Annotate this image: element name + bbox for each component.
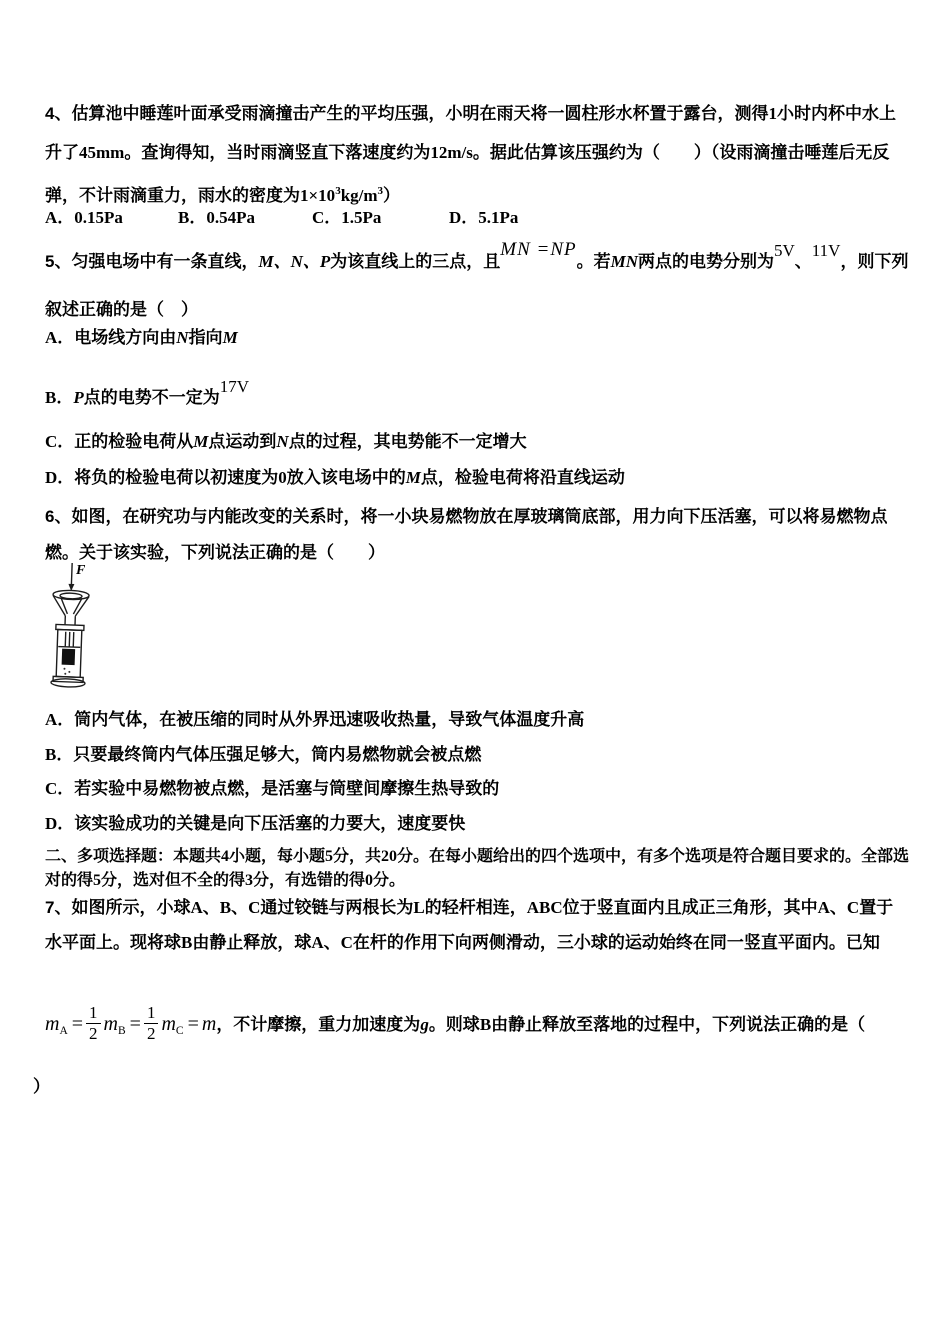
q7-text: 。则球 (429, 1015, 480, 1034)
q7-text: 在杆的作用下向两侧滑动，三小球的运动始终在同一竖直平面内。已知 (353, 933, 880, 952)
q6-option-b: B．只要最终筒内气体压强足够大，筒内易燃物就会被点燃 (45, 741, 910, 769)
q5-option-d: D．将负的检验电荷以初速度为0放入该电场中的M点，检验电荷将沿直线运动 (45, 463, 910, 493)
q7-text: 位于竖直面内且成正三角形，其中 (563, 898, 818, 917)
q5-option-b: B．P点的电势不一定为17V (45, 383, 910, 413)
fraction-denominator: 2 (147, 1024, 156, 1043)
fml-m: m (45, 1013, 59, 1035)
q6-option-c: C．若实验中易燃物被点燃，是活塞与筒壁间摩擦生热导致的 (45, 775, 910, 803)
q4-density-unit: kg/m (341, 186, 378, 205)
q4-number-45mm: 45mm (79, 143, 124, 162)
sec2-points-each: 5 (325, 848, 333, 865)
fml-m: m (161, 1013, 175, 1035)
q7-text: 由静止释放，球 (192, 933, 311, 952)
fraction-denominator: 2 (89, 1024, 98, 1043)
q4-text: 。查询得知，当时雨滴竖直下落速度约为 (124, 143, 430, 162)
q5-option-d-text: 将负的检验电荷以初速度为 (74, 468, 278, 487)
q5-text: 、 (795, 252, 812, 271)
piston (58, 647, 80, 648)
q7-balls-ac: A、C (818, 898, 860, 917)
exam-paper-page: 4、估算池中睡莲叶面承受雨滴撞击产生的平均压强，小明在雨天将一圆柱形水杯置于露台… (0, 0, 950, 1344)
fml-sub-b: B (118, 1025, 126, 1037)
q7-length-l: L (413, 898, 424, 917)
q4-option-a-label: A． (45, 208, 74, 227)
q7-text: 通过铰链与两根长为 (260, 898, 413, 917)
q6-option-d: D．该实验成功的关键是向下压活塞的力要大，速度要快 (45, 810, 910, 838)
fml-equals: = (130, 1013, 141, 1035)
q5-option-b-text: 点的电势不一定为 (84, 388, 220, 407)
q6-option-d-text: 该实验成功的关键是向下压活塞的力要大，速度要快 (74, 814, 465, 833)
q7-text: 由静止释放至落地的过程中，下列说法正确的是（ (491, 1015, 865, 1034)
q5-point-n: N (276, 432, 288, 451)
q5-text: 两点的电势分别为 (638, 252, 774, 271)
q4-option-d-label: D． (449, 208, 478, 227)
q4-option-c: C．1.5Pa (312, 204, 449, 232)
q7-tail-text: ，不计摩擦，重力加速度为g。则球B由静止释放至落地的过程中，下列说法正确的是（ (216, 1015, 865, 1034)
q6-option-b-text: 只要最终筒内气体压强足够大，筒内易燃物就会被点燃 (73, 745, 481, 764)
fraction-one-half: 12 (144, 1004, 159, 1043)
q5-point-p: P (73, 388, 83, 407)
q5-option-c-text: 正的检验电荷从 (74, 432, 193, 451)
fml-equals: = (188, 1013, 199, 1035)
question-4-text: 4、估算池中睡莲叶面承受雨滴撞击产生的平均压强，小明在雨天将一圆柱形水杯置于露台… (45, 94, 910, 215)
fire-syringe-illustration: F (36, 561, 108, 689)
fraction-one-half: 12 (86, 1004, 101, 1043)
q4-number-1: 1 (768, 104, 777, 123)
sec2-full-points: 5 (93, 872, 101, 889)
sec2-text: 分，共 (333, 848, 381, 865)
sec2-text: 小题，每小题 (229, 848, 325, 865)
question-6-text: 6、如图，在研究功与内能改变的关系时，将一小块易燃物放在厚玻璃筒底部，用力向下压… (45, 499, 910, 571)
q5-text: 5、匀强电场中有一条直线， (45, 252, 258, 271)
mass-relation-formula: mA=12mB=12mC=m (45, 1013, 216, 1035)
sec2-text: 二、多项选择题：本题共 (45, 848, 221, 865)
q7-gravity-g: g (420, 1015, 429, 1034)
q4-option-c-label: C． (312, 208, 341, 227)
q5-text: 。若 (577, 252, 611, 271)
q5-option-a: A．电场线方向由N指向M (45, 323, 910, 353)
sec2-text: 分，有选错的得 (253, 872, 365, 889)
question-5-text: 5、匀强电场中有一条直线，M、N、P为该直线上的三点，且MN =NP。若MN两点… (45, 238, 910, 334)
q4-option-a-value: 0.15Pa (74, 208, 123, 227)
sec2-text: 分，选对但不全的得 (101, 872, 245, 889)
q5-point-n: N (176, 328, 188, 347)
q5-option-c: C．正的检验电荷从M点运动到N点的过程，其电势能不一定增大 (45, 427, 910, 457)
fire-syringe-figure: F (36, 561, 108, 689)
q5-formula-mn-np: MN =NP (500, 239, 576, 260)
q7-closing-paren: ） (33, 1072, 898, 1102)
q5-point-m: M (193, 432, 208, 451)
q6-option-c-text: 若实验中易燃物被点燃，是活塞与筒壁间摩擦生热导致的 (74, 779, 499, 798)
q5-option-a-text: 指向 (189, 328, 223, 347)
q5-option-c-text: 点的过程，其电势能不一定增大 (289, 432, 527, 451)
q5-option-c-text: 点运动到 (208, 432, 276, 451)
force-arrow-shaft (71, 563, 72, 586)
question-7-text: 7、如图所示，小球A、B、C通过铰链与两根长为L的轻杆相连，ABC位于竖直面内且… (45, 890, 910, 960)
q5-option-c-label: C． (45, 432, 74, 451)
flammable-material (62, 649, 76, 665)
q6-option-c-label: C． (45, 779, 74, 798)
q5-text: 为该直线上的三点，且 (330, 252, 500, 271)
q4-option-b: B．0.54Pa (178, 204, 312, 232)
q5-voltage-17v: 17V (220, 377, 249, 396)
sec2-points-total: 20 (381, 848, 397, 865)
q7-balls-ac: A、C (311, 933, 353, 952)
fml-m: m (202, 1013, 216, 1035)
q5-voltage-11v: 11V (812, 241, 841, 260)
fml-m: m (104, 1013, 118, 1035)
q4-text: 4、估算池中睡莲叶面承受雨滴撞击产生的平均压强，小明在雨天将一圆柱形水杯置于露台… (45, 104, 768, 123)
q4-option-d-value: 5.1Pa (478, 208, 518, 227)
q6-option-d-label: D． (45, 814, 74, 833)
fml-sub-c: C (176, 1025, 184, 1037)
q4-option-c-value: 1.5Pa (341, 208, 381, 227)
q5-option-b-label: B． (45, 388, 73, 407)
q6-option-a-label: A． (45, 710, 74, 729)
q6-option-b-label: B． (45, 745, 73, 764)
q4-number-12ms: 12m/s (430, 143, 473, 162)
sec2-partial-points: 3 (245, 872, 253, 889)
closing-paren: ） (33, 1077, 50, 1096)
q5-option-d-text: 点，检验电荷将沿直线运动 (421, 468, 625, 487)
q5-point-m: M (223, 328, 238, 347)
q5-zero: 0 (278, 468, 287, 487)
force-label: F (75, 563, 86, 578)
q7-balls-abc: A、B、C (190, 898, 260, 917)
q7-text: ，不计摩擦，重力加速度为 (216, 1015, 420, 1034)
q4-option-a: A．0.15Pa (45, 204, 178, 232)
q7-triangle-abc: ABC (527, 898, 563, 917)
question-4-options: A．0.15Pa B．0.54Pa C．1.5Pa D．5.1Pa (45, 204, 910, 232)
q6-option-a-text: 筒内气体，在被压缩的同时从外界迅速吸收热量，导致气体温度升高 (74, 710, 584, 729)
q5-points-mn: MN (611, 252, 638, 271)
sec2-zero-points: 0 (365, 872, 373, 889)
q7-text: 的轻杆相连， (425, 898, 527, 917)
q7-mass-formula-line: mA=12mB=12mC=m，不计摩擦，重力加速度为g。则球B由静止释放至落地的… (45, 1002, 925, 1053)
q5-option-d-label: D． (45, 468, 74, 487)
q6-option-a: A．筒内气体，在被压缩的同时从外界迅速吸收热量，导致气体温度升高 (45, 706, 910, 734)
q5-point-m: M (406, 468, 421, 487)
q7-ball-b: B (480, 1015, 491, 1034)
q5-option-a-label: A． (45, 328, 74, 347)
q4-option-b-value: 0.54Pa (206, 208, 255, 227)
q7-text: 7、如图所示，小球 (45, 898, 190, 917)
sec2-count: 4 (221, 848, 229, 865)
q5-voltage-5v: 5V (774, 241, 795, 260)
fml-sub-a: A (59, 1025, 67, 1037)
q4-text: ） (383, 186, 400, 205)
fraction-numerator: 1 (86, 1004, 101, 1024)
fraction-numerator: 1 (144, 1004, 159, 1024)
q5-option-d-text: 放入该电场中的 (287, 468, 406, 487)
q5-points-mnp: M、N、P (258, 252, 330, 271)
q6-text: 6、如图，在研究功与内能改变的关系时，将一小块易燃物放在厚玻璃筒底部，用力向下压… (45, 507, 887, 562)
section-2-header: 二、多项选择题：本题共4小题，每小题5分，共20分。在每小题给出的四个选项中，有… (45, 845, 910, 893)
sec2-text: 分。 (373, 872, 405, 889)
q7-ball-b: B (181, 933, 192, 952)
q5-option-a-text: 电场线方向由 (74, 328, 176, 347)
fml-equals: = (72, 1013, 83, 1035)
q4-option-d: D．5.1Pa (449, 204, 518, 232)
q4-density-base: 1×10 (300, 186, 335, 205)
q4-option-b-label: B． (178, 208, 206, 227)
